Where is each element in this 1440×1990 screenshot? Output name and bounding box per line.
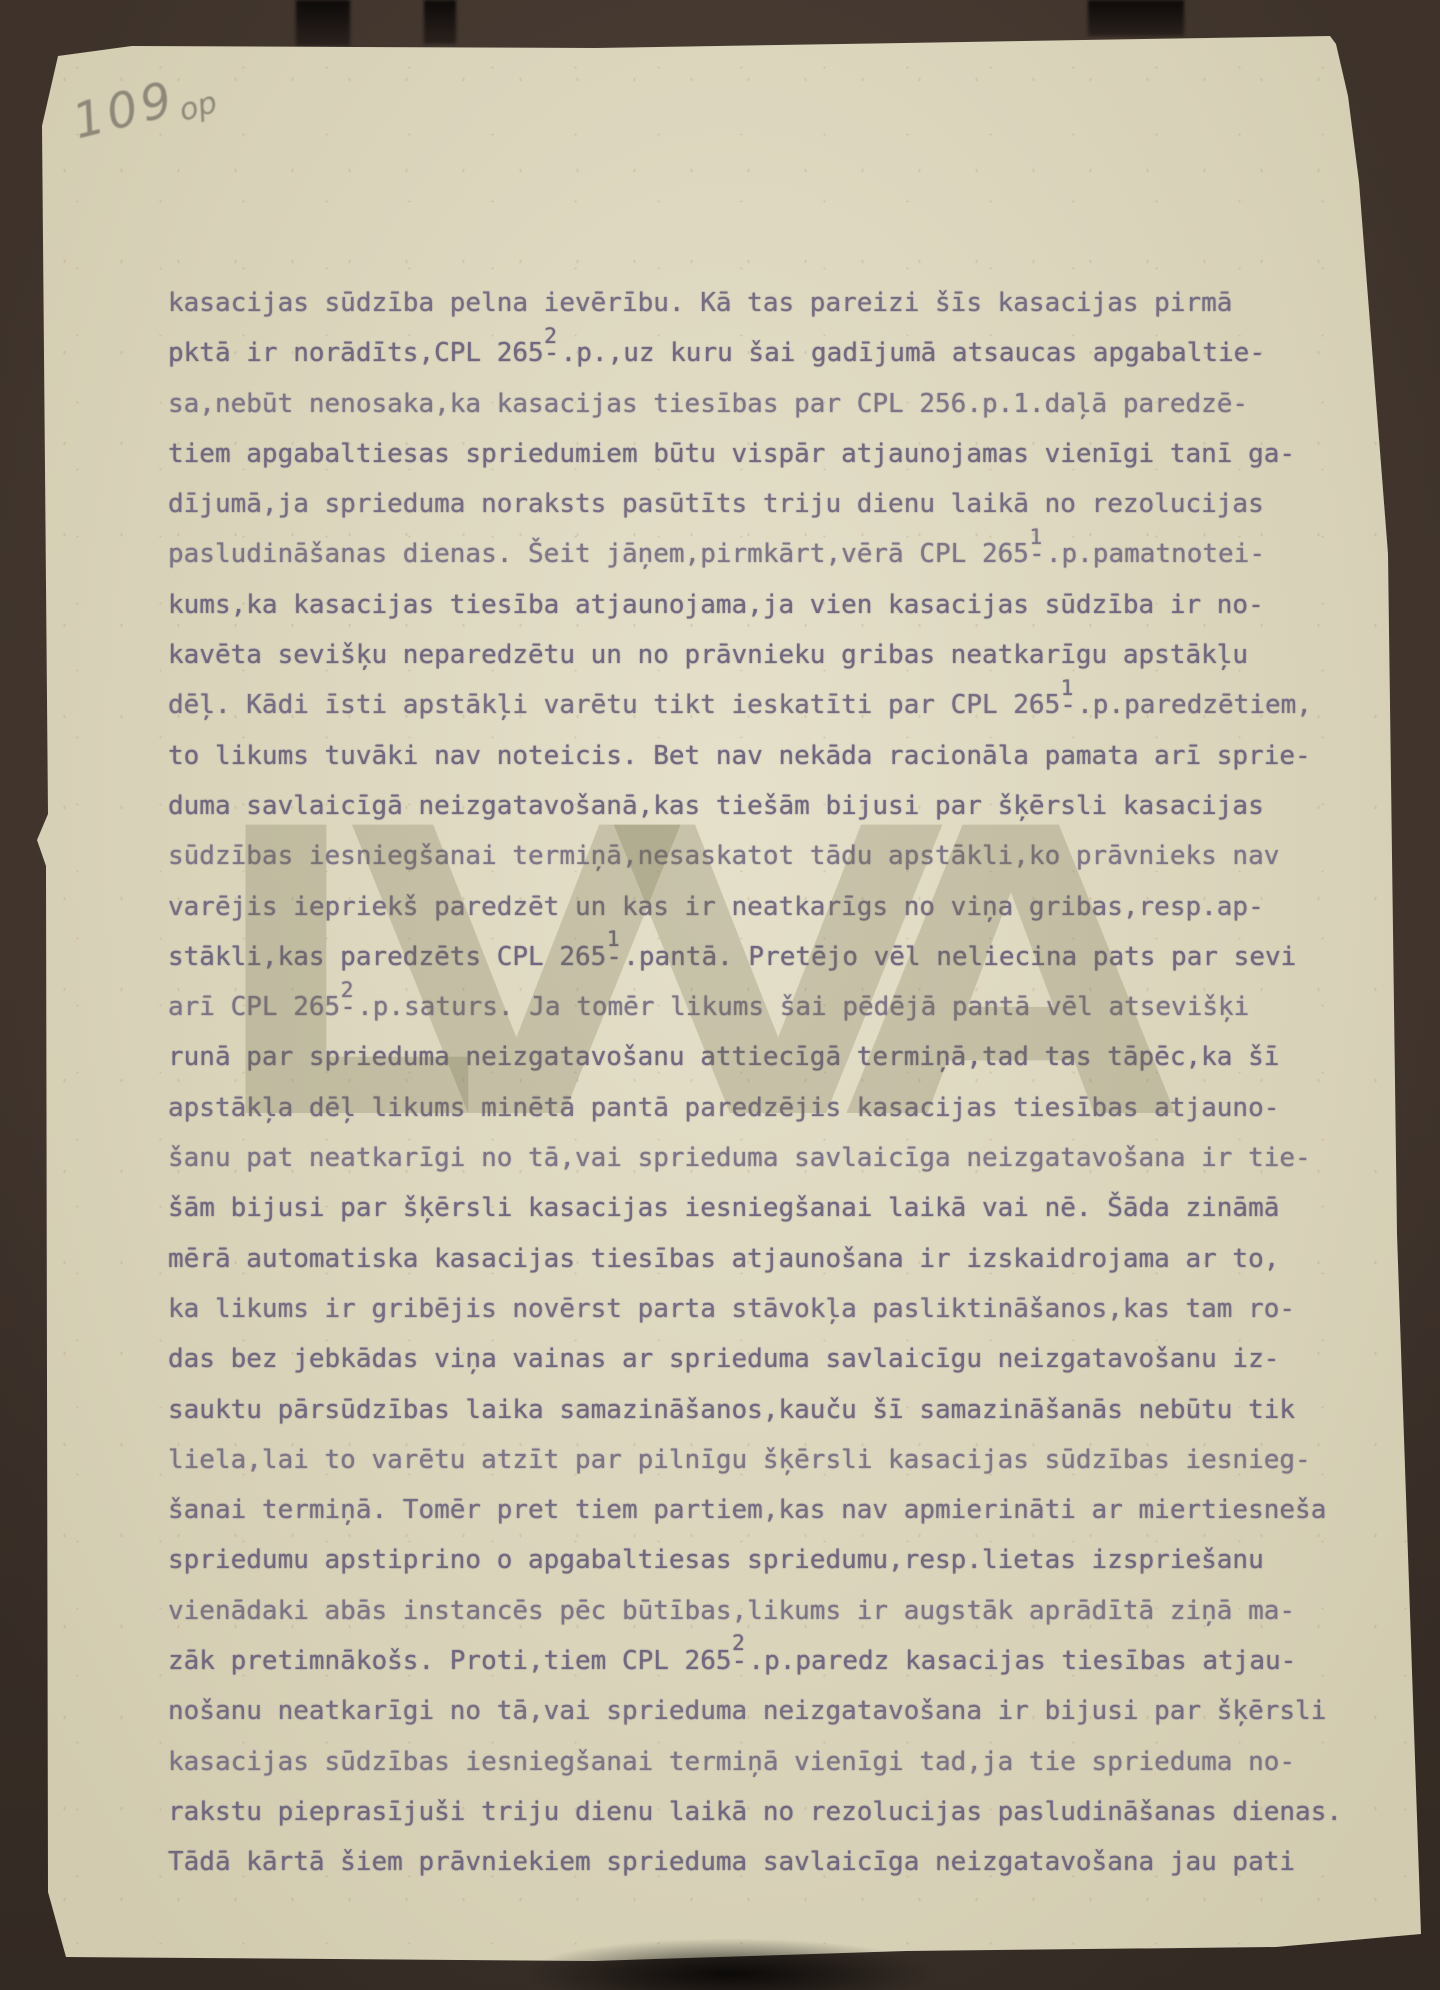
superscript-article-number: 1-	[1029, 529, 1046, 579]
text-line: Tādā kārtā šiem prāvniekiem sprieduma sa…	[168, 1837, 1396, 1887]
text-line: dījumā,ja sprieduma noraksts pasūtīts tr…	[168, 479, 1396, 529]
background-shadow-bar	[296, 0, 350, 46]
archive-scan-scene: 109op kasacijas sūdzība pelna ievērību. …	[0, 0, 1440, 1990]
background-shadow-bar	[1088, 0, 1184, 36]
superscript-article-number: 2-	[732, 1636, 749, 1686]
text-line: kums,ka kasacijas tiesība atjaunojama,ja…	[168, 580, 1396, 630]
text-line: varējis iepriekš paredzēt un kas ir neat…	[168, 882, 1396, 932]
text-line: liela,lai to varētu atzīt par pilnīgu šķ…	[168, 1435, 1396, 1485]
text-line: sa,nebūt nenosaka,ka kasacijas tiesības …	[168, 379, 1396, 429]
text-line: apstākļa dēļ likums minētā pantā paredzē…	[168, 1083, 1396, 1133]
text-line: das bez jebkādas viņa vainas ar spriedum…	[168, 1334, 1396, 1384]
text-line: tiem apgabaltiesas spriedumiem būtu visp…	[168, 429, 1396, 479]
text-line: runā par sprieduma neizgatavošanu attiec…	[168, 1032, 1396, 1082]
text-line: mērā automatiska kasacijas tiesības atja…	[168, 1234, 1396, 1284]
text-line: rakstu pieprasījuši triju dienu laikā no…	[168, 1787, 1396, 1837]
text-line: ka likums ir gribējis novērst parta stāv…	[168, 1284, 1396, 1334]
page-number-suffix: op	[176, 86, 221, 129]
text-line: pasludināšanas dienas. Šeit jāņem,pirmkā…	[168, 529, 1396, 579]
text-line: spriedumu apstiprino o apgabaltiesas spr…	[168, 1535, 1396, 1585]
text-line: kavēta sevišķu neparedzētu un no prāvnie…	[168, 630, 1396, 680]
text-line: vienādaki abās instancēs pēc būtības,lik…	[168, 1586, 1396, 1636]
text-line: pktā ir norādīts,CPL 2652-.p.,uz kuru ša…	[168, 328, 1396, 378]
document-page: 109op kasacijas sūdzība pelna ievērību. …	[36, 34, 1428, 1964]
text-line: šanu pat neatkarīgi no tā,vai sprieduma …	[168, 1133, 1396, 1183]
superscript-article-number: 2-	[340, 982, 357, 1032]
text-line: šanai termiņā. Tomēr pret tiem partiem,k…	[168, 1485, 1396, 1535]
text-line: kasacijas sūdzības iesniegšanai termiņā …	[168, 1737, 1396, 1787]
text-line: dēļ. Kādi īsti apstākļi varētu tikt iesk…	[168, 680, 1396, 730]
typewritten-text: kasacijas sūdzība pelna ievērību. Kā tas…	[168, 278, 1396, 1888]
handwritten-page-number: 109op	[67, 62, 217, 150]
page-fold-shadow	[520, 1938, 940, 1990]
text-line: arī CPL 2652-.p.saturs. Ja tomēr likums …	[168, 982, 1396, 1032]
superscript-article-number: 2-	[544, 328, 561, 378]
background-shadow-bar	[424, 0, 456, 44]
text-line: nošanu neatkarīgi no tā,vai sprieduma ne…	[168, 1686, 1396, 1736]
text-line: sauktu pārsūdzības laika samazināšanos,k…	[168, 1385, 1396, 1435]
superscript-article-number: 1-	[606, 932, 623, 982]
text-line: šām bijusi par šķērsli kasacijas iesnieg…	[168, 1183, 1396, 1233]
text-line: zāk pretimnākošs. Proti,tiem CPL 2652-.p…	[168, 1636, 1396, 1686]
text-line: to likums tuvāki nav noteicis. Bet nav n…	[168, 731, 1396, 781]
page-number-value: 109	[67, 71, 181, 150]
text-line: kasacijas sūdzība pelna ievērību. Kā tas…	[168, 278, 1396, 328]
text-line: sūdzības iesniegšanai termiņā,nesaskatot…	[168, 831, 1396, 881]
text-line: duma savlaicīgā neizgatavošanā,kas tiešā…	[168, 781, 1396, 831]
superscript-article-number: 1-	[1060, 680, 1077, 730]
